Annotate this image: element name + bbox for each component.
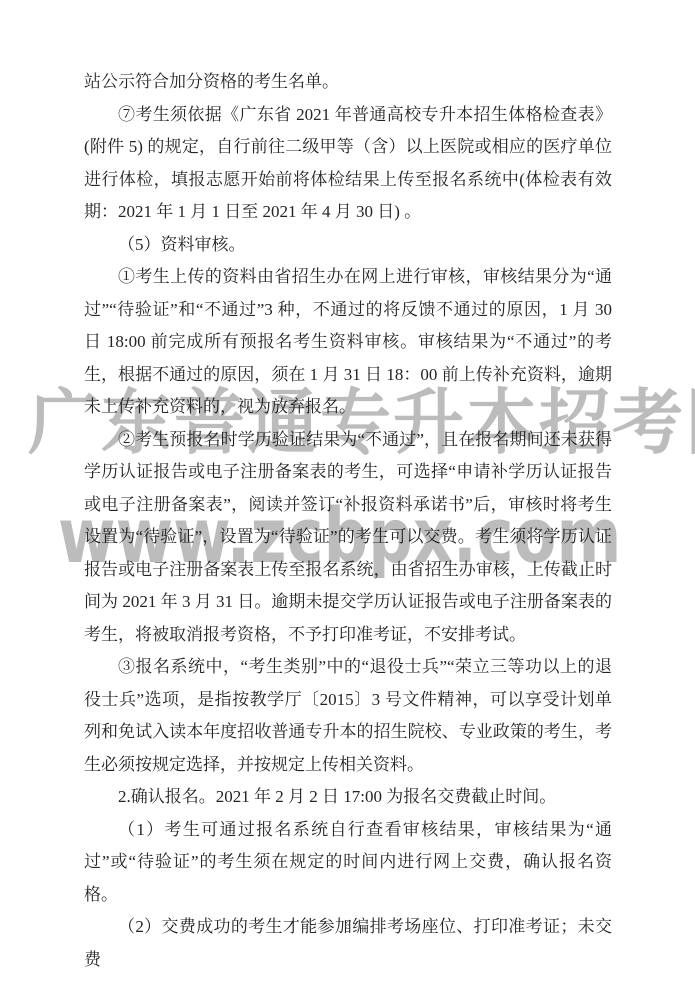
paragraph-item-3: ③报名系统中，“考生类别”中的“退役士兵”“荣立三等功以上的退役士兵”选项，是指… bbox=[84, 651, 612, 781]
paragraph-section-5-heading: （5）资料审核。 bbox=[84, 229, 612, 262]
page-number: 6 bbox=[0, 918, 695, 933]
paragraph-confirm-registration: 2.确认报名。2021 年 2 月 2 日 17:00 为报名交费截止时间。 bbox=[84, 781, 612, 814]
paragraph-item-1: ①考生上传的资料由省招生办在网上进行审核，审核结果分为“通过”“待验证”和“不通… bbox=[84, 261, 612, 424]
paragraph-item-7: ⑦考生须依据《广东省 2021 年普通高校专升本招生体格检查表》(附件 5) 的… bbox=[84, 99, 612, 229]
document-page: 广东普通专升本招考网 www.zcbpx.com 站公示符合加分资格的考生名单。… bbox=[0, 0, 695, 982]
document-body: 站公示符合加分资格的考生名单。 ⑦考生须依据《广东省 2021 年普通高校专升本… bbox=[84, 66, 612, 976]
paragraph-item-2: ②考生预报名时学历验证结果为“不通过”，且在报名期间还未获得学历认证报告或电子注… bbox=[84, 424, 612, 652]
paragraph-sub-1: （1）考生可通过报名系统自行查看审核结果，审核结果为“通过”或“待验证”的考生须… bbox=[84, 814, 612, 912]
paragraph-continuation: 站公示符合加分资格的考生名单。 bbox=[84, 66, 612, 99]
